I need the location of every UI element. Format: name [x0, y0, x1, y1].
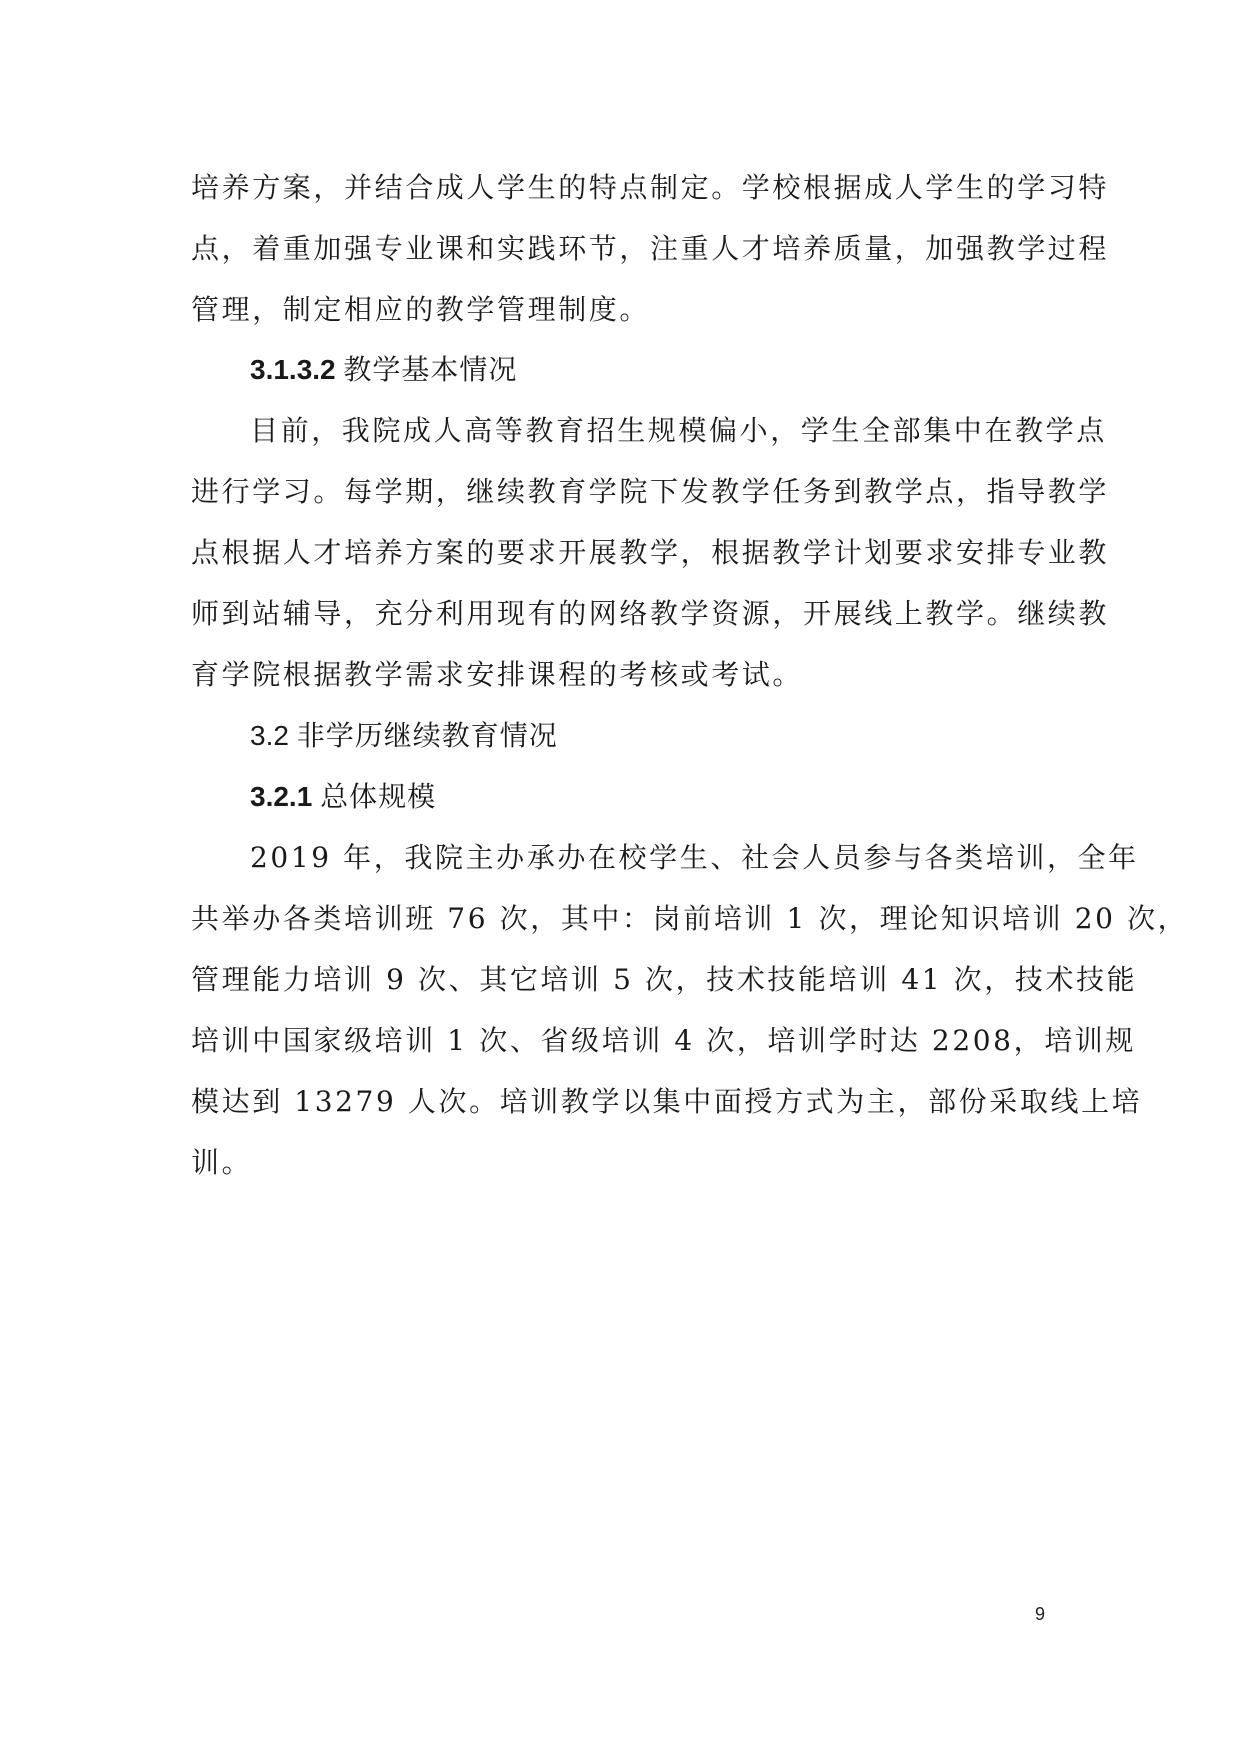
- paragraph-line: 培训中国家级培训 1 次、省级培训 4 次，培训学时达 2208，培训规: [191, 1023, 1051, 1059]
- paragraph-line: 共举办各类培训班 76 次，其中：岗前培训 1 次，理论知识培训 20 次，: [191, 901, 1051, 937]
- paragraph-line: 进行学习。每学期，继续教育学院下发教学任务到教学点，指导教学: [191, 474, 1051, 510]
- heading-number: 3.2.1: [250, 781, 312, 812]
- paragraph-line: 模达到 13279 人次。培训教学以集中面授方式为主，部份采取线上培: [191, 1084, 1051, 1120]
- page-number: 9: [1035, 1604, 1045, 1625]
- paragraph-line: 管理能力培训 9 次、其它培训 5 次，技术技能培训 41 次，技术技能: [191, 962, 1051, 998]
- heading-title: 教学基本情况: [343, 354, 517, 385]
- paragraph-line: 2019 年，我院主办承办在校学生、社会人员参与各类培训，全年: [250, 840, 1051, 876]
- section-heading-3-2: 3.2 非学历继续教育情况: [250, 718, 558, 754]
- paragraph-line: 训。: [191, 1145, 1051, 1181]
- heading-number: 3.1.3.2: [250, 354, 336, 385]
- heading-number: 3.2: [250, 720, 289, 751]
- heading-title: 总体规模: [320, 781, 436, 812]
- section-heading-3-1-3-2: 3.1.3.2 教学基本情况: [250, 352, 517, 388]
- heading-title: 非学历继续教育情况: [297, 720, 558, 751]
- paragraph-line: 培养方案，并结合成人学生的特点制定。学校根据成人学生的学习特: [191, 170, 1051, 206]
- section-heading-3-2-1: 3.2.1 总体规模: [250, 779, 436, 815]
- paragraph-line: 目前，我院成人高等教育招生规模偏小，学生全部集中在教学点: [250, 413, 1051, 449]
- paragraph-line: 师到站辅导，充分利用现有的网络教学资源，开展线上教学。继续教: [191, 596, 1051, 632]
- paragraph-line: 育学院根据教学需求安排课程的考核或考试。: [191, 657, 1051, 693]
- paragraph-line: 点，着重加强专业课和实践环节，注重人才培养质量，加强教学过程: [191, 231, 1051, 267]
- paragraph-line: 点根据人才培养方案的要求开展教学，根据教学计划要求安排专业教: [191, 535, 1051, 571]
- paragraph-line: 管理，制定相应的教学管理制度。: [191, 292, 1051, 328]
- document-page: 培养方案，并结合成人学生的特点制定。学校根据成人学生的学习特 点，着重加强专业课…: [0, 0, 1240, 1754]
